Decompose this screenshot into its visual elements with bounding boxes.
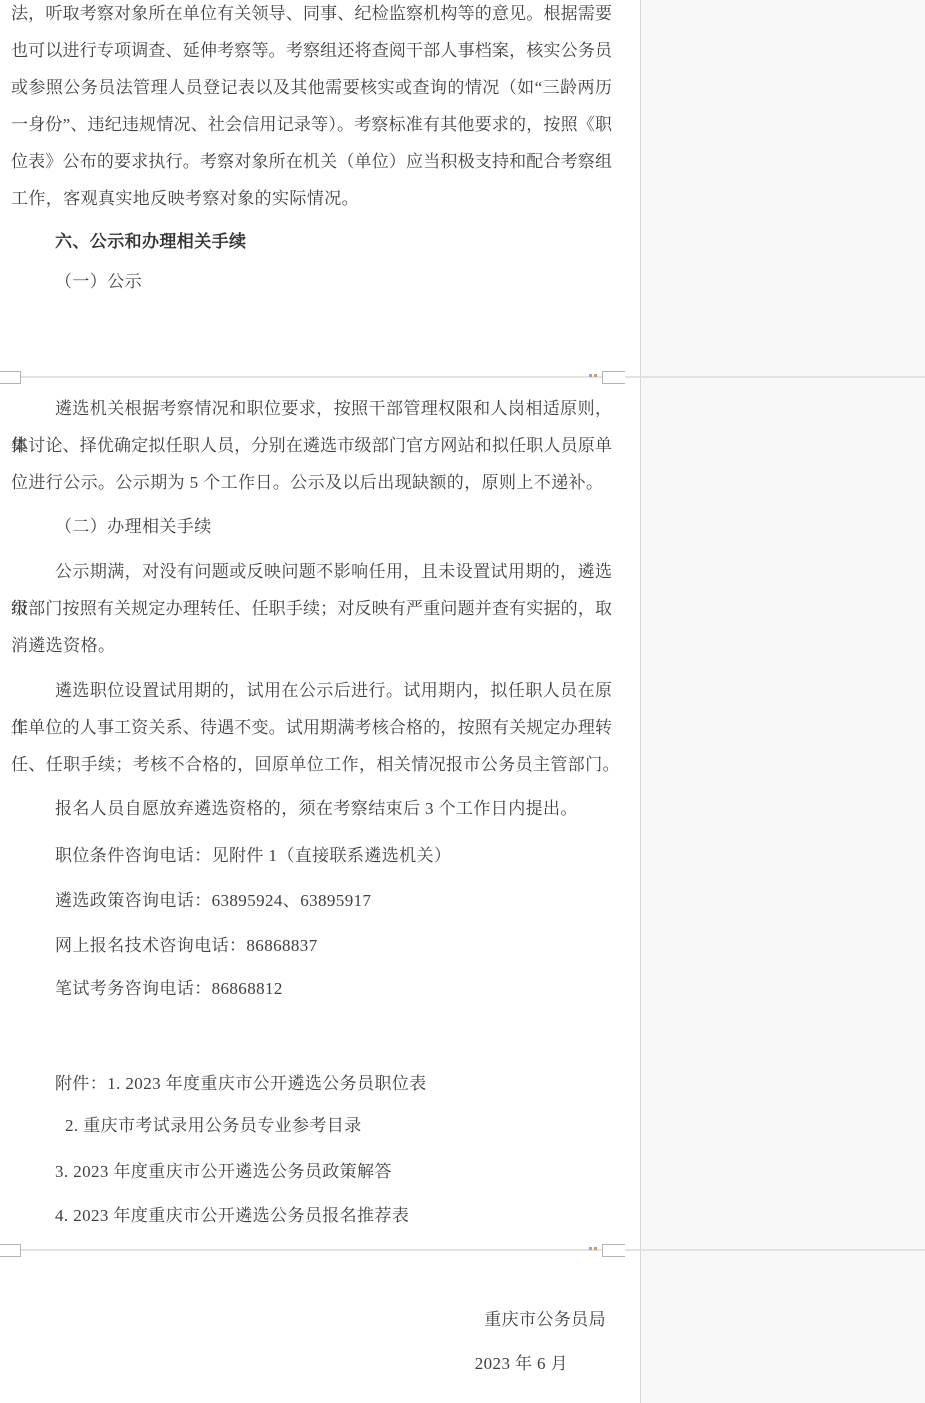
contact-list: 职位条件咨询电话：见附件 1（直接联系遴选机关） 遴选政策咨询电话：638959…: [11, 837, 612, 1007]
page-boundary-dot-icon: [589, 374, 592, 377]
attachment-list: 附件：1. 2023 年度重庆市公开遴选公务员职位表 2. 重庆市考试录用公务员…: [11, 1065, 612, 1234]
page-boundary-dot-icon: [594, 1247, 597, 1250]
document-viewer: 法，听取考察对象所在单位有关领导、同事、纪检监察机构等的意见。根据需要 也可以进…: [0, 0, 925, 1403]
paragraph-inspection: 法，听取考察对象所在单位有关领导、同事、纪检监察机构等的意见。根据需要 也可以进…: [11, 0, 612, 217]
right-panel: [640, 0, 925, 1403]
section-heading-6: 六、公示和办理相关手续: [11, 223, 612, 260]
page-margin-marker-right-icon: [602, 1244, 625, 1257]
page-margin-marker-right-icon: [602, 371, 625, 384]
page-separator: [0, 376, 925, 378]
text-line: 报名人员自愿放弃遴选资格的，须在考察结束后 3 个工作日内提出。: [11, 790, 612, 827]
subsection-heading-1: （一）公示: [11, 263, 612, 300]
text-line: 法，听取考察对象所在单位有关领导、同事、纪检监察机构等的意见。根据需要: [11, 0, 612, 32]
attachment-item: 附件：1. 2023 年度重庆市公开遴选公务员职位表: [11, 1065, 612, 1102]
signature-org: 重庆市公务员局: [11, 1301, 612, 1338]
document-page[interactable]: 重庆市公务员局 2023 年 6 月: [0, 1251, 640, 1403]
text-line: 工作，客观真实地反映考察对象的实际情况。: [11, 180, 612, 217]
document-page[interactable]: 遴选机关根据考察情况和职位要求，按照干部管理权限和人岗相适原则，集 体讨论、择优…: [0, 378, 640, 1249]
text-line: 也可以进行专项调查、延伸考察等。考察组还将查阅干部人事档案，核实公务员: [11, 32, 612, 69]
heading-text: （一）公示: [11, 263, 612, 300]
text-line: 遴选职位设置试用期的，试用在公示后进行。试用期内，拟任职人员在原工: [11, 672, 612, 709]
text-line: 遴选机关根据考察情况和职位要求，按照干部管理权限和人岗相适原则，集: [11, 390, 612, 427]
page-separator: [0, 1249, 925, 1251]
page-boundary-dot-icon: [594, 374, 597, 377]
paragraph-probation: 遴选职位设置试用期的，试用在公示后进行。试用期内，拟任职人员在原工 作单位的人事…: [11, 672, 612, 783]
attachment-item: 4. 2023 年度重庆市公开遴选公务员报名推荐表: [11, 1197, 612, 1234]
text-line: 位表》公布的要求执行。考察对象所在机关（单位）应当积极支持和配合考察组: [11, 143, 612, 180]
signature-date: 2023 年 6 月: [11, 1345, 612, 1382]
attachment-item: 3. 2023 年度重庆市公开遴选公务员政策解答: [11, 1153, 612, 1190]
heading-text: 六、公示和办理相关手续: [11, 223, 612, 260]
page-margin-marker-left-icon: [0, 371, 21, 384]
signature-block: 重庆市公务员局 2023 年 6 月: [11, 1301, 612, 1382]
attachment-item: 2. 重庆市考试录用公务员专业参考目录: [11, 1107, 612, 1144]
text-line: 作单位的人事工资关系、待遇不变。试用期满考核合格的，按照有关规定办理转: [11, 709, 612, 746]
subsection-heading-2: （二）办理相关手续: [11, 508, 612, 545]
paragraph-procedure: 公示期满，对没有问题或反映问题不影响任用，且未设置试用期的，遴选市 级部门按照有…: [11, 553, 612, 664]
contact-line: 笔试考务咨询电话：86868812: [11, 970, 612, 1007]
contact-line: 网上报名技术咨询电话：86868837: [11, 927, 612, 964]
contact-line: 遴选政策咨询电话：63895924、63895917: [11, 882, 612, 919]
page-boundary-dot-icon: [589, 1247, 592, 1250]
text-line: 任、任职手续；考核不合格的，回原单位工作，相关情况报市公务员主管部门。: [11, 746, 612, 783]
paragraph-withdraw: 报名人员自愿放弃遴选资格的，须在考察结束后 3 个工作日内提出。: [11, 790, 612, 827]
document-page[interactable]: 法，听取考察对象所在单位有关领导、同事、纪检监察机构等的意见。根据需要 也可以进…: [0, 0, 640, 376]
text-line: 级部门按照有关规定办理转任、任职手续；对反映有严重问题并查有实据的，取: [11, 590, 612, 627]
text-line: 体讨论、择优确定拟任职人员，分别在遴选市级部门官方网站和拟任职人员原单: [11, 427, 612, 464]
page-margin-marker-left-icon: [0, 1244, 21, 1257]
text-line: 或参照公务员法管理人员登记表以及其他需要核实或查询的情况（如“三龄两历: [11, 69, 612, 106]
text-line: 公示期满，对没有问题或反映问题不影响任用，且未设置试用期的，遴选市: [11, 553, 612, 590]
text-line: 消遴选资格。: [11, 627, 612, 664]
paragraph-publicity: 遴选机关根据考察情况和职位要求，按照干部管理权限和人岗相适原则，集 体讨论、择优…: [11, 390, 612, 501]
contact-line: 职位条件咨询电话：见附件 1（直接联系遴选机关）: [11, 837, 612, 874]
heading-text: （二）办理相关手续: [11, 508, 612, 545]
text-line: 位进行公示。公示期为 5 个工作日。公示及以后出现缺额的，原则上不递补。: [11, 464, 612, 501]
text-line: 一身份”、违纪违规情况、社会信用记录等）。考察标准有其他要求的，按照《职: [11, 106, 612, 143]
